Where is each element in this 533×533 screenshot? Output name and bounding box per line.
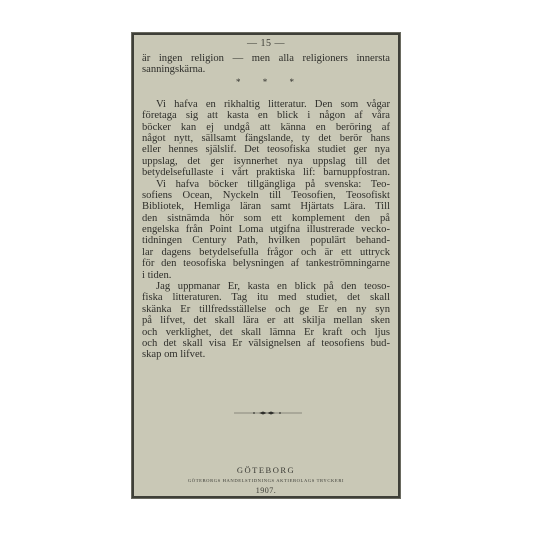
text-line: och det skall visa Er välsignelsen af te… <box>142 338 390 349</box>
paragraph-exhortation: Jag uppmanar Er, kasta en blick på den t… <box>142 281 390 361</box>
text-line: betydelsefullaste i vårt praktiska lif: … <box>142 167 390 178</box>
imprint-printer: GÖTEBORGS HANDELSTIDNINGS AKTIEBOLAGS TR… <box>134 478 398 483</box>
text-line: på lifvet, det skall lära er att skilja … <box>142 315 390 326</box>
decorative-rule-icon <box>234 410 302 416</box>
text-line: Vi hafva en rikhaltig litteratur. Den so… <box>142 99 390 110</box>
page-number: — 15 — <box>134 38 398 49</box>
text-line: skänka Er tillfredsställelse och ge Er e… <box>142 304 390 315</box>
text-line: sanningskärna. <box>142 64 390 75</box>
text-line: för den teosofiska belysningen af tankes… <box>142 258 390 269</box>
text-line: uppslag, det ger isynnerhet nya uppslag … <box>142 156 390 167</box>
text-line: i tiden. <box>142 270 390 281</box>
text-line: eller hennes själslif. Det teosofiska st… <box>142 144 390 155</box>
paragraph-continuation: är ingen religion — men alla religioners… <box>142 53 390 76</box>
text-line: den sistnämda hör som ett komplement den… <box>142 213 390 224</box>
paragraph-literature: Vi hafva en rikhaltig litteratur. Den so… <box>142 99 390 179</box>
scanned-book-page: — 15 — är ingen religion — men alla reli… <box>132 33 400 498</box>
text-line: något nytt, sällsamt fängslande, ty det … <box>142 133 390 144</box>
text-line: sofiens Ocean, Nyckeln till Teosofien, T… <box>142 190 390 201</box>
text-line: Bibliotek, Hemliga läran samt Hjärtats L… <box>142 201 390 212</box>
section-separator: * * * <box>142 76 390 88</box>
text-line: skap om lifvet. <box>142 349 390 360</box>
text-line: fiska litteraturen. Tag itu med studiet,… <box>142 292 390 303</box>
text-line: böcker kan ej undgå att känna en berörin… <box>142 122 390 133</box>
spacer <box>142 88 390 99</box>
text-line: företaga sig att kasta en blick i någon … <box>142 110 390 121</box>
text-line: lar dagens betydelsefulla frågor och är … <box>142 247 390 258</box>
text-line: och verklighet, det skall lämna Er kraft… <box>142 327 390 338</box>
paragraph-books: Vi hafva böcker tillgängliga på svenska:… <box>142 179 390 282</box>
imprint-city: GÖTEBORG <box>134 465 398 475</box>
text-line: Vi hafva böcker tillgängliga på svenska:… <box>142 179 390 190</box>
imprint-year: 1907. <box>134 486 398 495</box>
text-line: tidningen Century Path, hvilken populärt… <box>142 235 390 246</box>
text-line: är ingen religion — men alla religioners… <box>142 53 390 64</box>
text-line: engelska från Point Loma utgifna illustr… <box>142 224 390 235</box>
body-text: är ingen religion — men alla religioners… <box>142 53 390 361</box>
text-line: Jag uppmanar Er, kasta en blick på den t… <box>142 281 390 292</box>
